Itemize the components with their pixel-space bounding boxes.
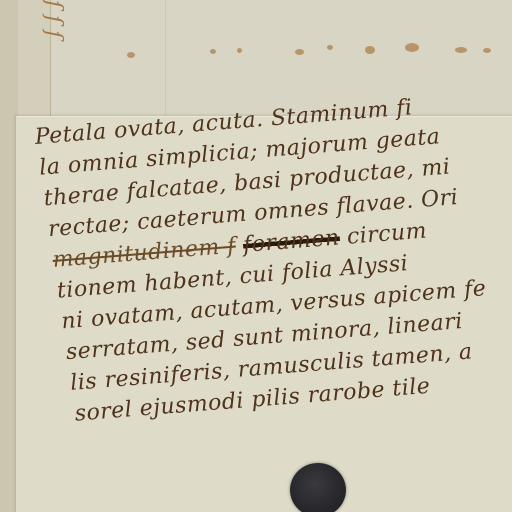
upper-left-fragment: ſ ſ ſ xyxy=(18,0,51,118)
edge-writing-fragment: ſ ſ ſ xyxy=(40,0,66,38)
line-continuation: circum xyxy=(338,219,427,251)
ink-stain-row xyxy=(125,40,512,60)
manuscript-page: Petala ovata, acuta. Staminum fi la omni… xyxy=(16,116,512,512)
pin-head-icon xyxy=(290,463,346,512)
handwritten-text-block: Petala ovata, acuta. Staminum fi la omni… xyxy=(34,84,512,434)
